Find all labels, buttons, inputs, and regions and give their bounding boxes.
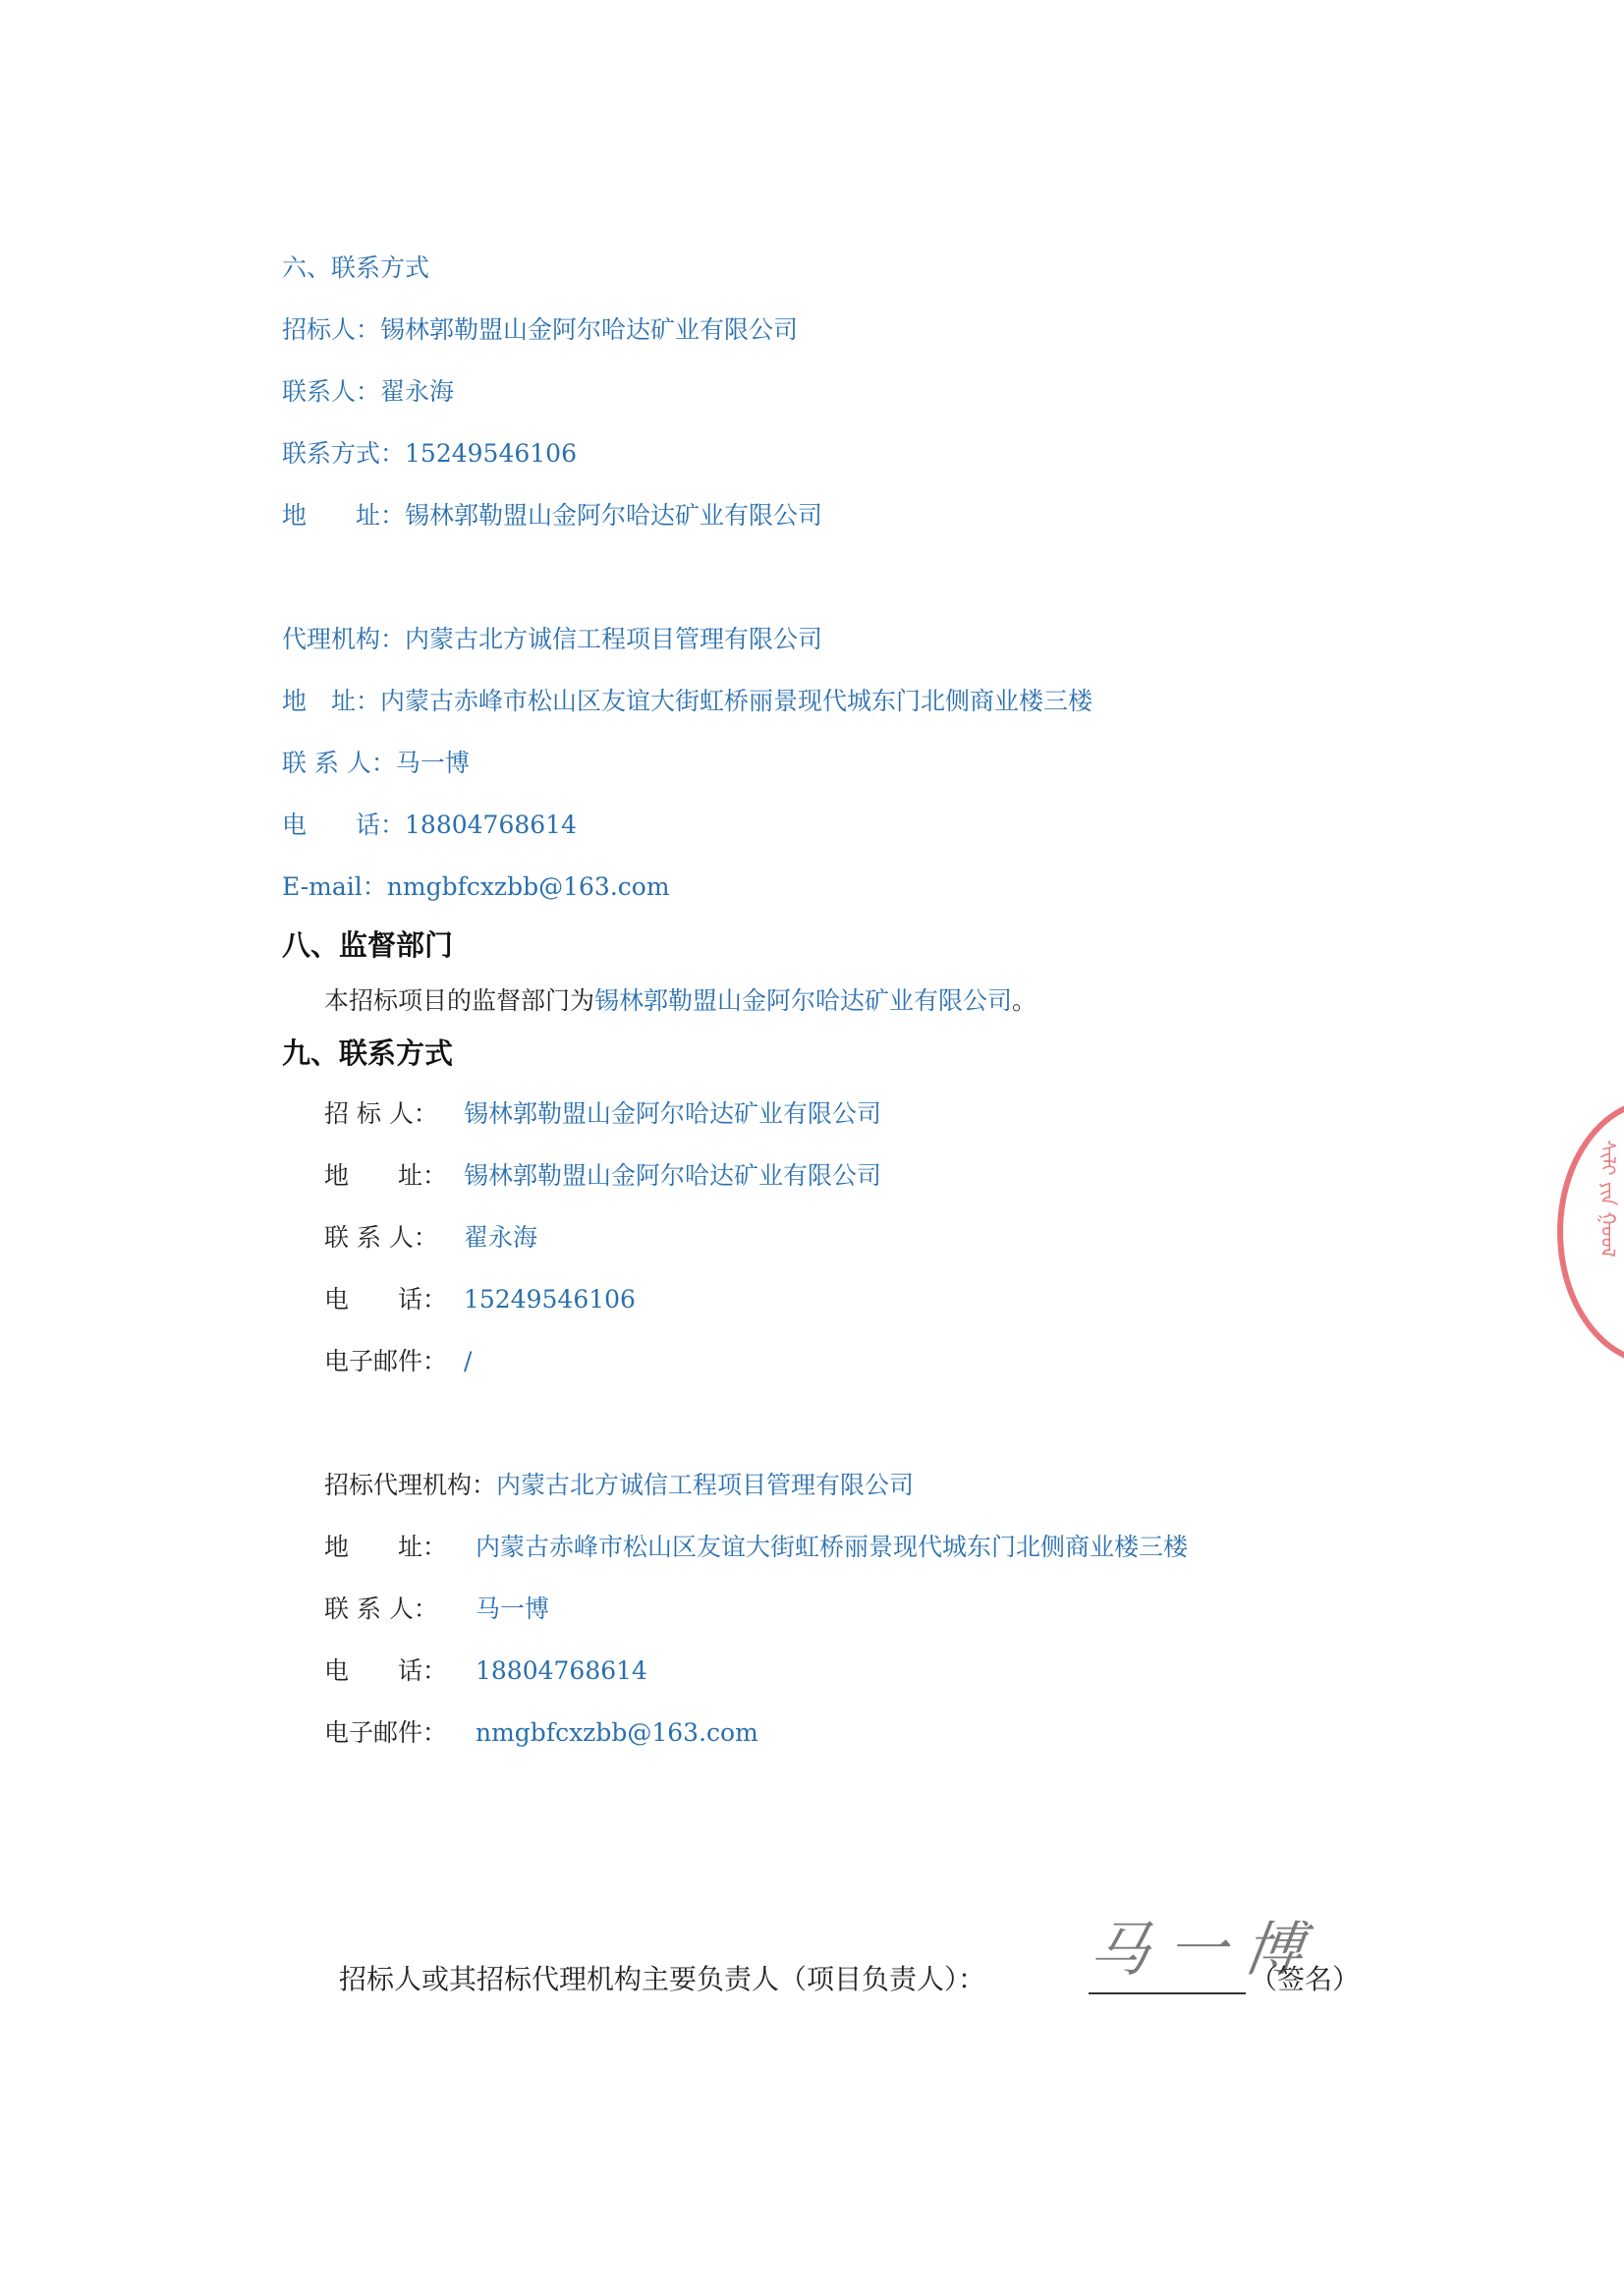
- field-value: 内蒙古北方诚信工程项目管理有限公司: [496, 1471, 914, 1499]
- signature-label: 招标人或其招标代理机构主要负责人（项目负责人）：: [339, 1963, 985, 1996]
- field-value: 15249546106: [464, 1285, 636, 1314]
- field-label: 电 话：: [324, 1283, 464, 1316]
- section6-address: 地 址：锡林郭勒盟山金阿尔哈达矿业有限公司: [282, 499, 822, 532]
- field-value: 锡林郭勒盟山金阿尔哈达矿业有限公司: [464, 1161, 881, 1190]
- field-value: 18804768614: [405, 811, 577, 839]
- field-value: nmgbfcxzbb@163.com: [387, 872, 670, 901]
- field-label: 联系方式：: [282, 439, 405, 468]
- field-label: 招标人：: [282, 315, 380, 344]
- field-value: 锡林郭勒盟山金阿尔哈达矿业有限公司: [405, 501, 822, 530]
- section6-agency-address: 地 址：内蒙古赤峰市松山区友谊大街虹桥丽景现代城东门北侧商业楼三楼: [282, 685, 1092, 718]
- field-label: 电 话：: [324, 1654, 476, 1688]
- field-label: 地 址：: [324, 1159, 464, 1193]
- field-value: nmgbfcxzbb@163.com: [476, 1718, 758, 1747]
- field-label: 电子邮件：: [324, 1345, 464, 1378]
- field-label: 招 标 人：: [324, 1097, 464, 1131]
- field-value: 锡林郭勒盟山金阿尔哈达矿业有限公司: [464, 1099, 881, 1128]
- field-label: 地 址：: [282, 501, 405, 530]
- field-value: 翟永海: [464, 1223, 537, 1252]
- field-label: 地 址：: [282, 687, 380, 715]
- section8-text: 本招标项目的监督部门为锡林郭勒盟山金阿尔哈达矿业有限公司。: [324, 984, 1036, 1018]
- signature-suffix: （签名）: [1250, 1963, 1360, 1996]
- field-label: 联 系 人：: [324, 1593, 476, 1626]
- field-value: 18804768614: [476, 1656, 647, 1685]
- section9-phone: 电 话：15249546106: [324, 1283, 636, 1316]
- field-label: 联系人：: [282, 377, 380, 406]
- section6-agency-contact: 联 系 人：马一博: [282, 747, 470, 780]
- field-label: E-mail：: [282, 872, 387, 901]
- section6-phone: 联系方式：15249546106: [282, 437, 577, 471]
- section9-agency: 招标代理机构：内蒙古北方诚信工程项目管理有限公司: [324, 1469, 914, 1502]
- section9-heading: 九、联系方式: [282, 1035, 453, 1072]
- field-value: 马一博: [476, 1595, 549, 1623]
- field-value: 内蒙古北方诚信工程项目管理有限公司: [405, 625, 822, 653]
- field-label: 电 话：: [282, 811, 405, 839]
- field-label: 代理机构：: [282, 625, 405, 653]
- document-page: 六、联系方式 招标人：锡林郭勒盟山金阿尔哈达矿业有限公司 联系人：翟永海 联系方…: [0, 0, 1624, 2295]
- section6-contact: 联系人：翟永海: [282, 375, 454, 409]
- section6-agency-email: E-mail：nmgbfcxzbb@163.com: [282, 870, 670, 904]
- field-value: 内蒙古赤峰市松山区友谊大街虹桥丽景现代城东门北侧商业楼三楼: [476, 1533, 1188, 1561]
- section9-address: 地 址：锡林郭勒盟山金阿尔哈达矿业有限公司: [324, 1159, 881, 1193]
- field-label: 地 址：: [324, 1531, 476, 1564]
- section6-heading: 六、联系方式: [282, 252, 429, 285]
- section9-tenderer: 招 标 人：锡林郭勒盟山金阿尔哈达矿业有限公司: [324, 1097, 881, 1131]
- section9-agency-address: 地 址：内蒙古赤峰市松山区友谊大街虹桥丽景现代城东门北侧商业楼三楼: [324, 1531, 1188, 1564]
- field-label: 电子邮件：: [324, 1716, 476, 1750]
- field-value: /: [464, 1347, 472, 1375]
- field-value: 15249546106: [405, 439, 577, 468]
- field-value: 锡林郭勒盟山金阿尔哈达矿业有限公司: [380, 315, 798, 344]
- supervision-prefix: 本招标项目的监督部门为: [324, 986, 594, 1015]
- field-value: 马一博: [396, 749, 470, 777]
- field-value: 内蒙古赤峰市松山区友谊大街虹桥丽景现代城东门北侧商业楼三楼: [380, 687, 1092, 715]
- section9-agency-email: 电子邮件：nmgbfcxzbb@163.com: [324, 1716, 758, 1750]
- section6-agency-phone: 电 话：18804768614: [282, 809, 577, 842]
- field-label: 招标代理机构：: [324, 1471, 496, 1499]
- field-label: 联 系 人：: [282, 749, 396, 777]
- section8-heading: 八、监督部门: [282, 926, 453, 964]
- seal-mongolian-script: ᠰᠢᠯᠢ ᠶᠢᠨ ᠭᠣᠣᠯ: [1582, 1140, 1621, 1258]
- section9-email: 电子邮件：/: [324, 1345, 472, 1378]
- field-value: 翟永海: [380, 377, 454, 406]
- supervision-suffix: 。: [1012, 986, 1036, 1015]
- supervision-org: 锡林郭勒盟山金阿尔哈达矿业有限公司: [594, 986, 1012, 1015]
- field-label: 联 系 人：: [324, 1221, 464, 1255]
- section9-contact: 联 系 人：翟永海: [324, 1221, 537, 1255]
- section6-agency: 代理机构：内蒙古北方诚信工程项目管理有限公司: [282, 623, 822, 656]
- section6-tenderer: 招标人：锡林郭勒盟山金阿尔哈达矿业有限公司: [282, 313, 798, 347]
- section9-agency-contact: 联 系 人：马一博: [324, 1593, 549, 1626]
- section9-agency-phone: 电 话：18804768614: [324, 1654, 647, 1688]
- signature-underline: [1089, 1992, 1246, 1994]
